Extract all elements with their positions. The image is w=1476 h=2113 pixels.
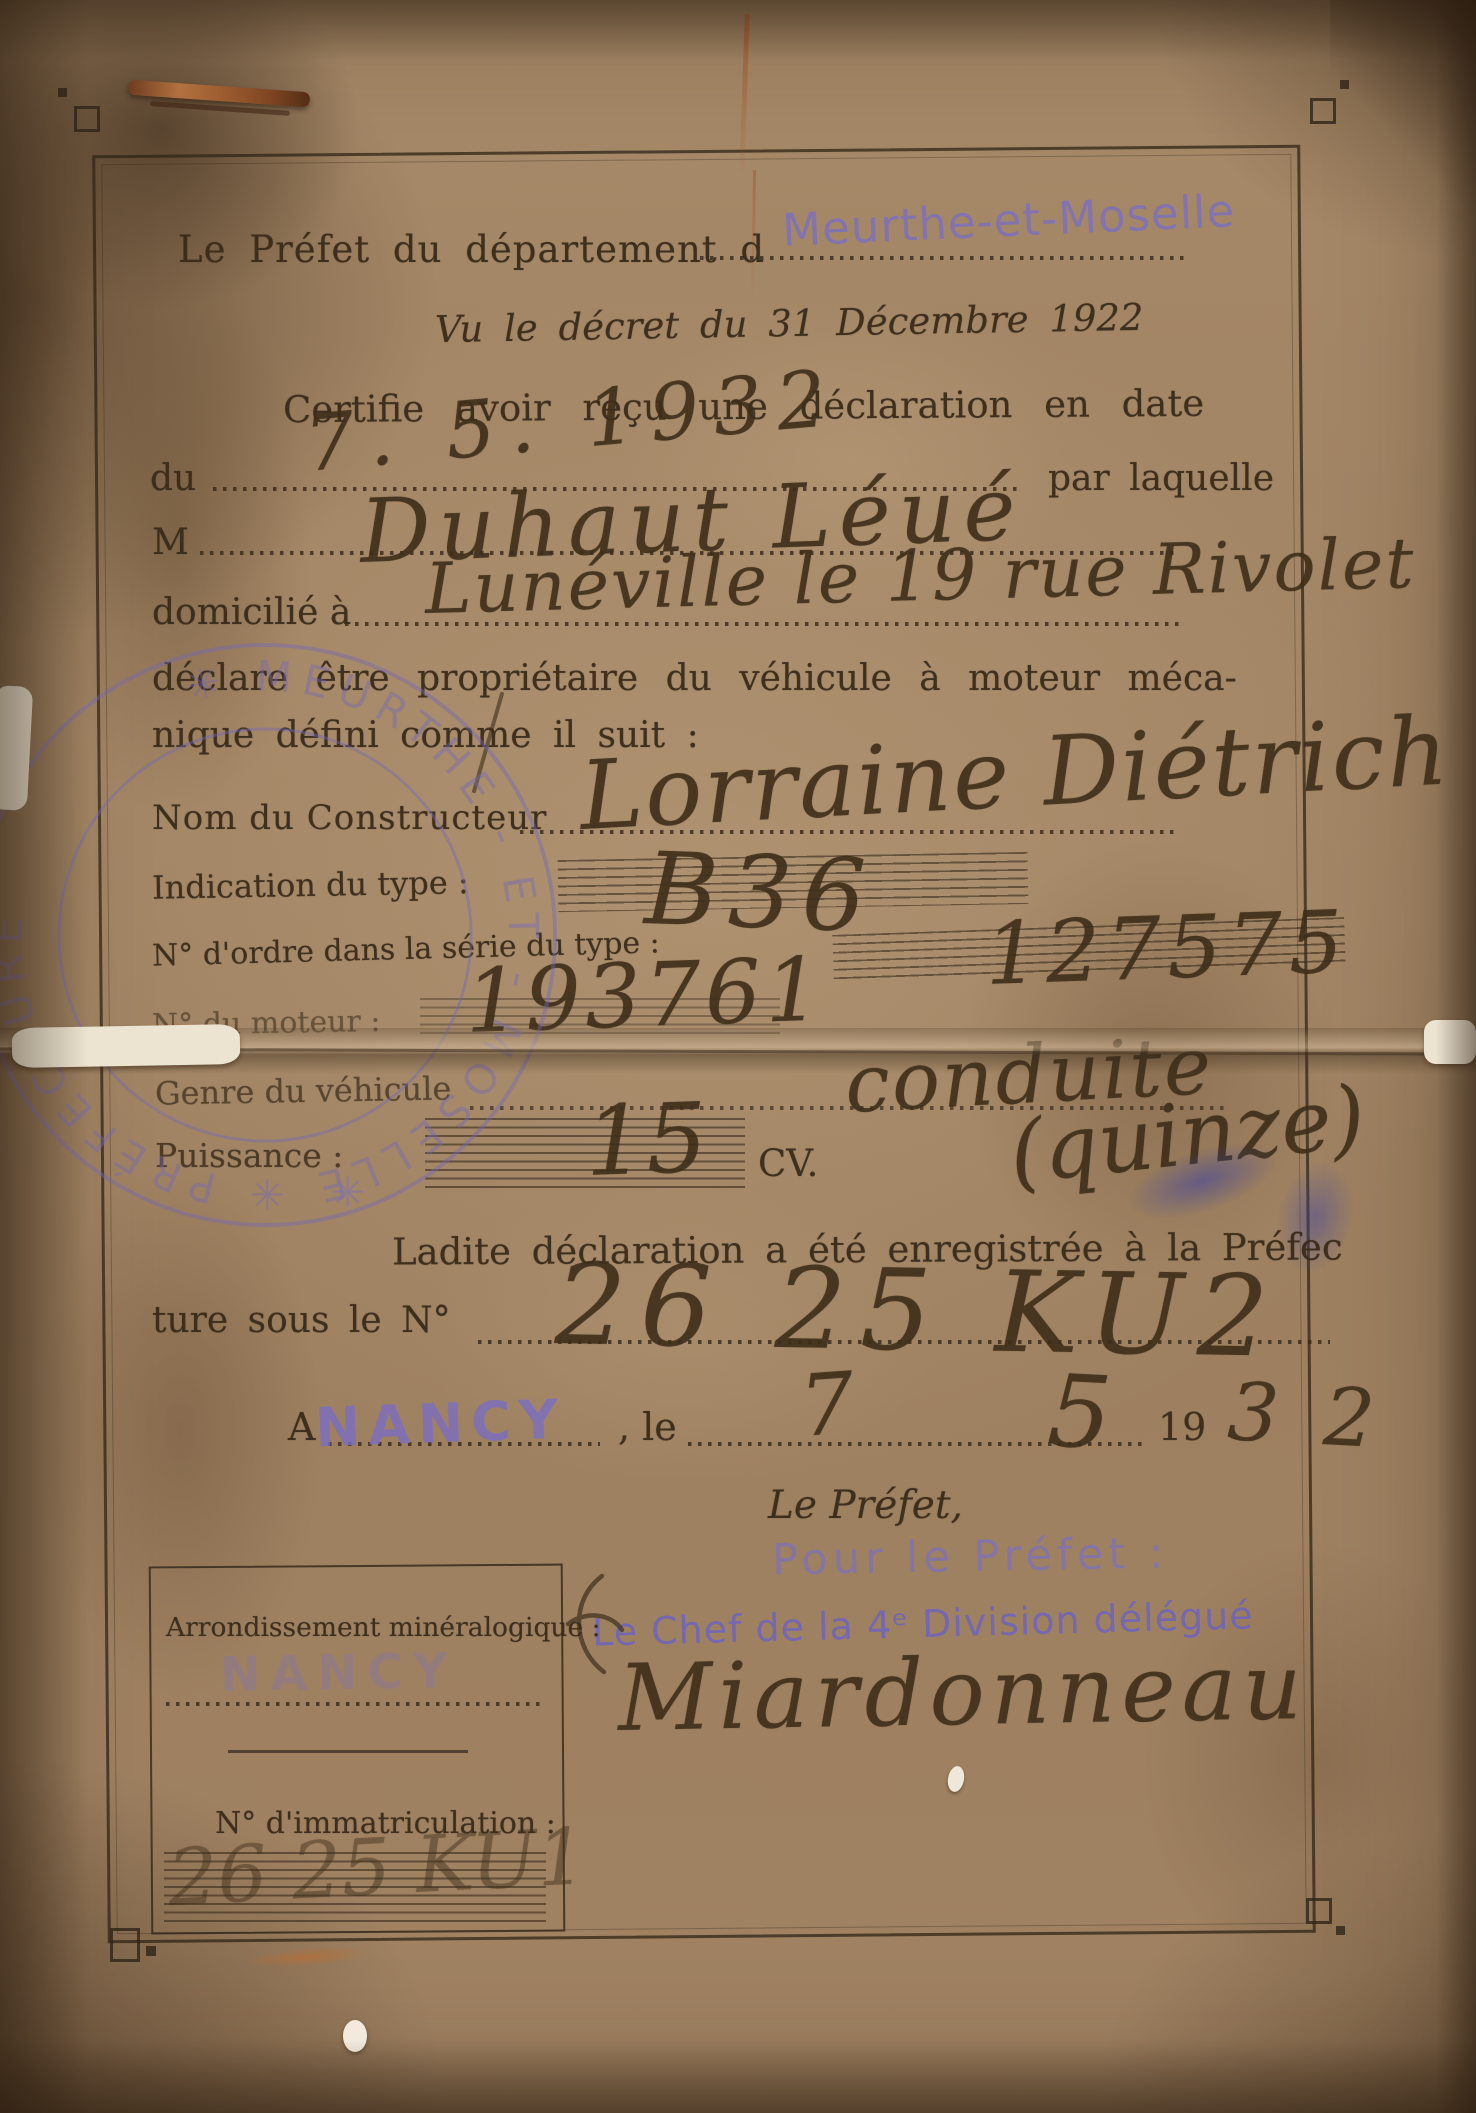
prefet-line-label: Le Préfet du département d — [178, 228, 765, 271]
stamp-star: ✳ — [330, 1168, 365, 1217]
corner-ornament — [146, 1946, 156, 1956]
short-rule-line — [228, 1750, 468, 1753]
handwritten-month: 5 — [1045, 1352, 1115, 1472]
handwritten-year: 32 — [1226, 1365, 1422, 1468]
dotted-line — [166, 1702, 542, 1706]
handwritten-day: 7 — [797, 1354, 858, 1457]
edge-shadow — [1436, 0, 1476, 2113]
edge-shadow — [0, 2040, 1476, 2113]
handwritten-registration-number: 26 25 KU2 — [554, 1240, 1284, 1383]
m-label: M — [152, 522, 189, 563]
le-label: , le — [618, 1405, 677, 1449]
edge-shadow — [0, 0, 1476, 60]
power-unit-label: CV. — [758, 1142, 818, 1185]
arrondissement-nancy-stamp: NANCY — [220, 1643, 458, 1703]
handwritten-signature: Miardonneau — [617, 1633, 1309, 1752]
du-label: du — [150, 458, 196, 499]
corner-ornament — [110, 1928, 140, 1962]
nancy-stamp-text: NANCY — [314, 1388, 567, 1460]
ladite-line2-label: ture sous le N° — [152, 1300, 451, 1341]
dotted-line — [700, 256, 1190, 260]
corner-ornament — [1336, 1926, 1345, 1935]
handwritten-serial: 127575 — [983, 892, 1351, 1005]
year-prefix-label: 19 — [1158, 1405, 1206, 1449]
place-prefix-label: A — [288, 1405, 315, 1449]
scanned-registration-card: Le Préfet du département d Meurthe-et-Mo… — [0, 0, 1476, 2113]
orange-stain — [245, 1944, 371, 1971]
arrondissement-label: Arrondissement minéralogique : — [166, 1612, 601, 1643]
prefet-title: Le Préfet, — [768, 1483, 963, 1528]
par-laquelle-label: par laquelle — [1048, 458, 1274, 499]
edge-shadow — [0, 0, 88, 2113]
corner-ornament — [1306, 1898, 1332, 1924]
pour-le-prefet-stamp: Pour le Préfet : — [772, 1529, 1169, 1586]
